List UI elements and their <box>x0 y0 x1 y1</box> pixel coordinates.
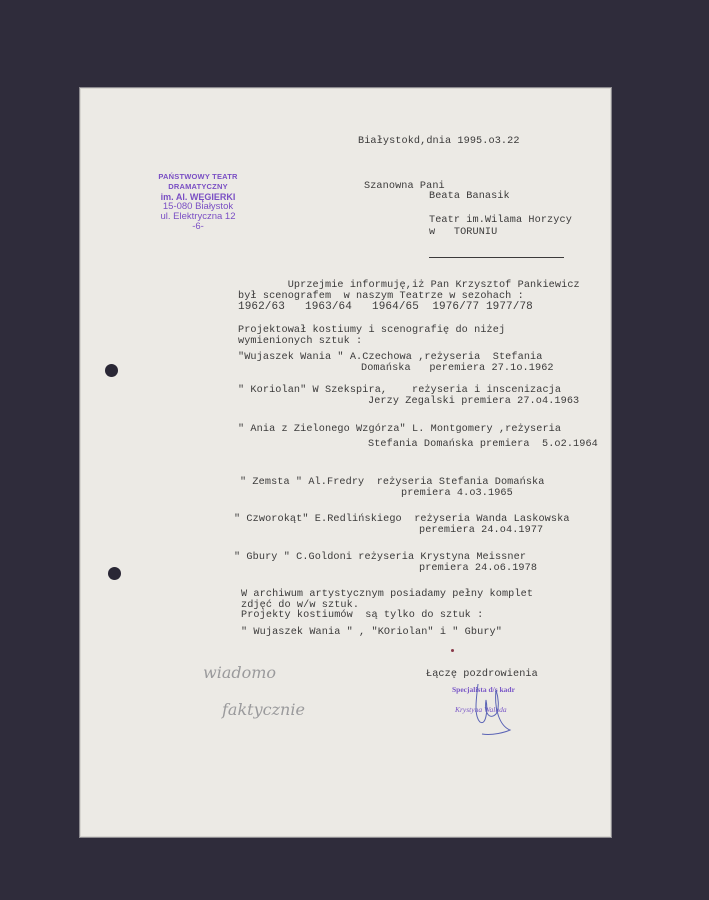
stamp-line: -6- <box>128 222 268 232</box>
handwritten-signature-icon <box>470 680 520 740</box>
body-line: Projektował kostiumy i scenografię do ni… <box>238 325 505 336</box>
play-entry: " Czworokąt" E.Redlińskiego reżyseria Wa… <box>234 514 570 525</box>
archive-line: " Wujaszek Wania " , "KOriolan" i " Gbur… <box>241 627 502 638</box>
recipient-institution: Teatr im.Wilama Horzycy <box>429 215 572 226</box>
closing-line: Łączę pozdrowienia <box>426 669 538 680</box>
play-entry: " Gbury " C.Goldoni reżyseria Krystyna M… <box>234 552 526 563</box>
body-line: wymienionych sztuk : <box>238 336 362 347</box>
stamp-line: PAŃSTWOWY TEATR DRAMATYCZNY <box>128 172 268 192</box>
recipient-name: Beata Banasik <box>429 191 510 202</box>
play-entry: Domańska peremiera 27.1o.1962 <box>361 363 554 374</box>
seasons-line: 1962/63 1963/64 1964/65 1976/77 1977/78 <box>238 302 533 313</box>
address-underline <box>429 257 564 258</box>
body-line: Uprzejmie informuję,iż Pan Krzysztof Pan… <box>238 280 580 291</box>
date-line: Białystokd,dnia 1995.o3.22 <box>358 136 520 147</box>
institution-stamp: PAŃSTWOWY TEATR DRAMATYCZNY im. Al. WĘGI… <box>128 172 268 232</box>
play-entry: Jerzy Zegalski premiera 27.o4.1963 <box>368 396 579 407</box>
pencil-note: wiadomo <box>203 663 276 682</box>
play-entry: "Wujaszek Wania " A.Czechowa ,reżyseria … <box>238 352 542 363</box>
play-entry: Stefania Domańska premiera 5.o2.1964 <box>368 439 598 450</box>
play-entry: " Zemsta " Al.Fredry reżyseria Stefania … <box>240 477 544 488</box>
punch-hole-top <box>105 364 118 377</box>
archive-line: Projekty kostiumów są tylko do sztuk : <box>241 610 483 621</box>
punch-hole-bottom <box>108 567 121 580</box>
play-entry: premiera 24.o6.1978 <box>419 563 537 574</box>
play-entry: " Koriolan" W Szekspira, reżyseria i ins… <box>238 385 561 396</box>
play-entry: peremiera 24.o4.1977 <box>419 525 543 536</box>
pencil-note: faktycznie <box>222 700 305 719</box>
play-entry: " Ania z Zielonego Wzgórza" L. Montgomer… <box>238 424 561 435</box>
ink-dot <box>451 649 454 652</box>
recipient-city: w TORUNIU <box>429 227 497 238</box>
archive-line: W archiwum artystycznym posiadamy pełny … <box>241 589 533 600</box>
play-entry: premiera 4.o3.1965 <box>401 488 513 499</box>
